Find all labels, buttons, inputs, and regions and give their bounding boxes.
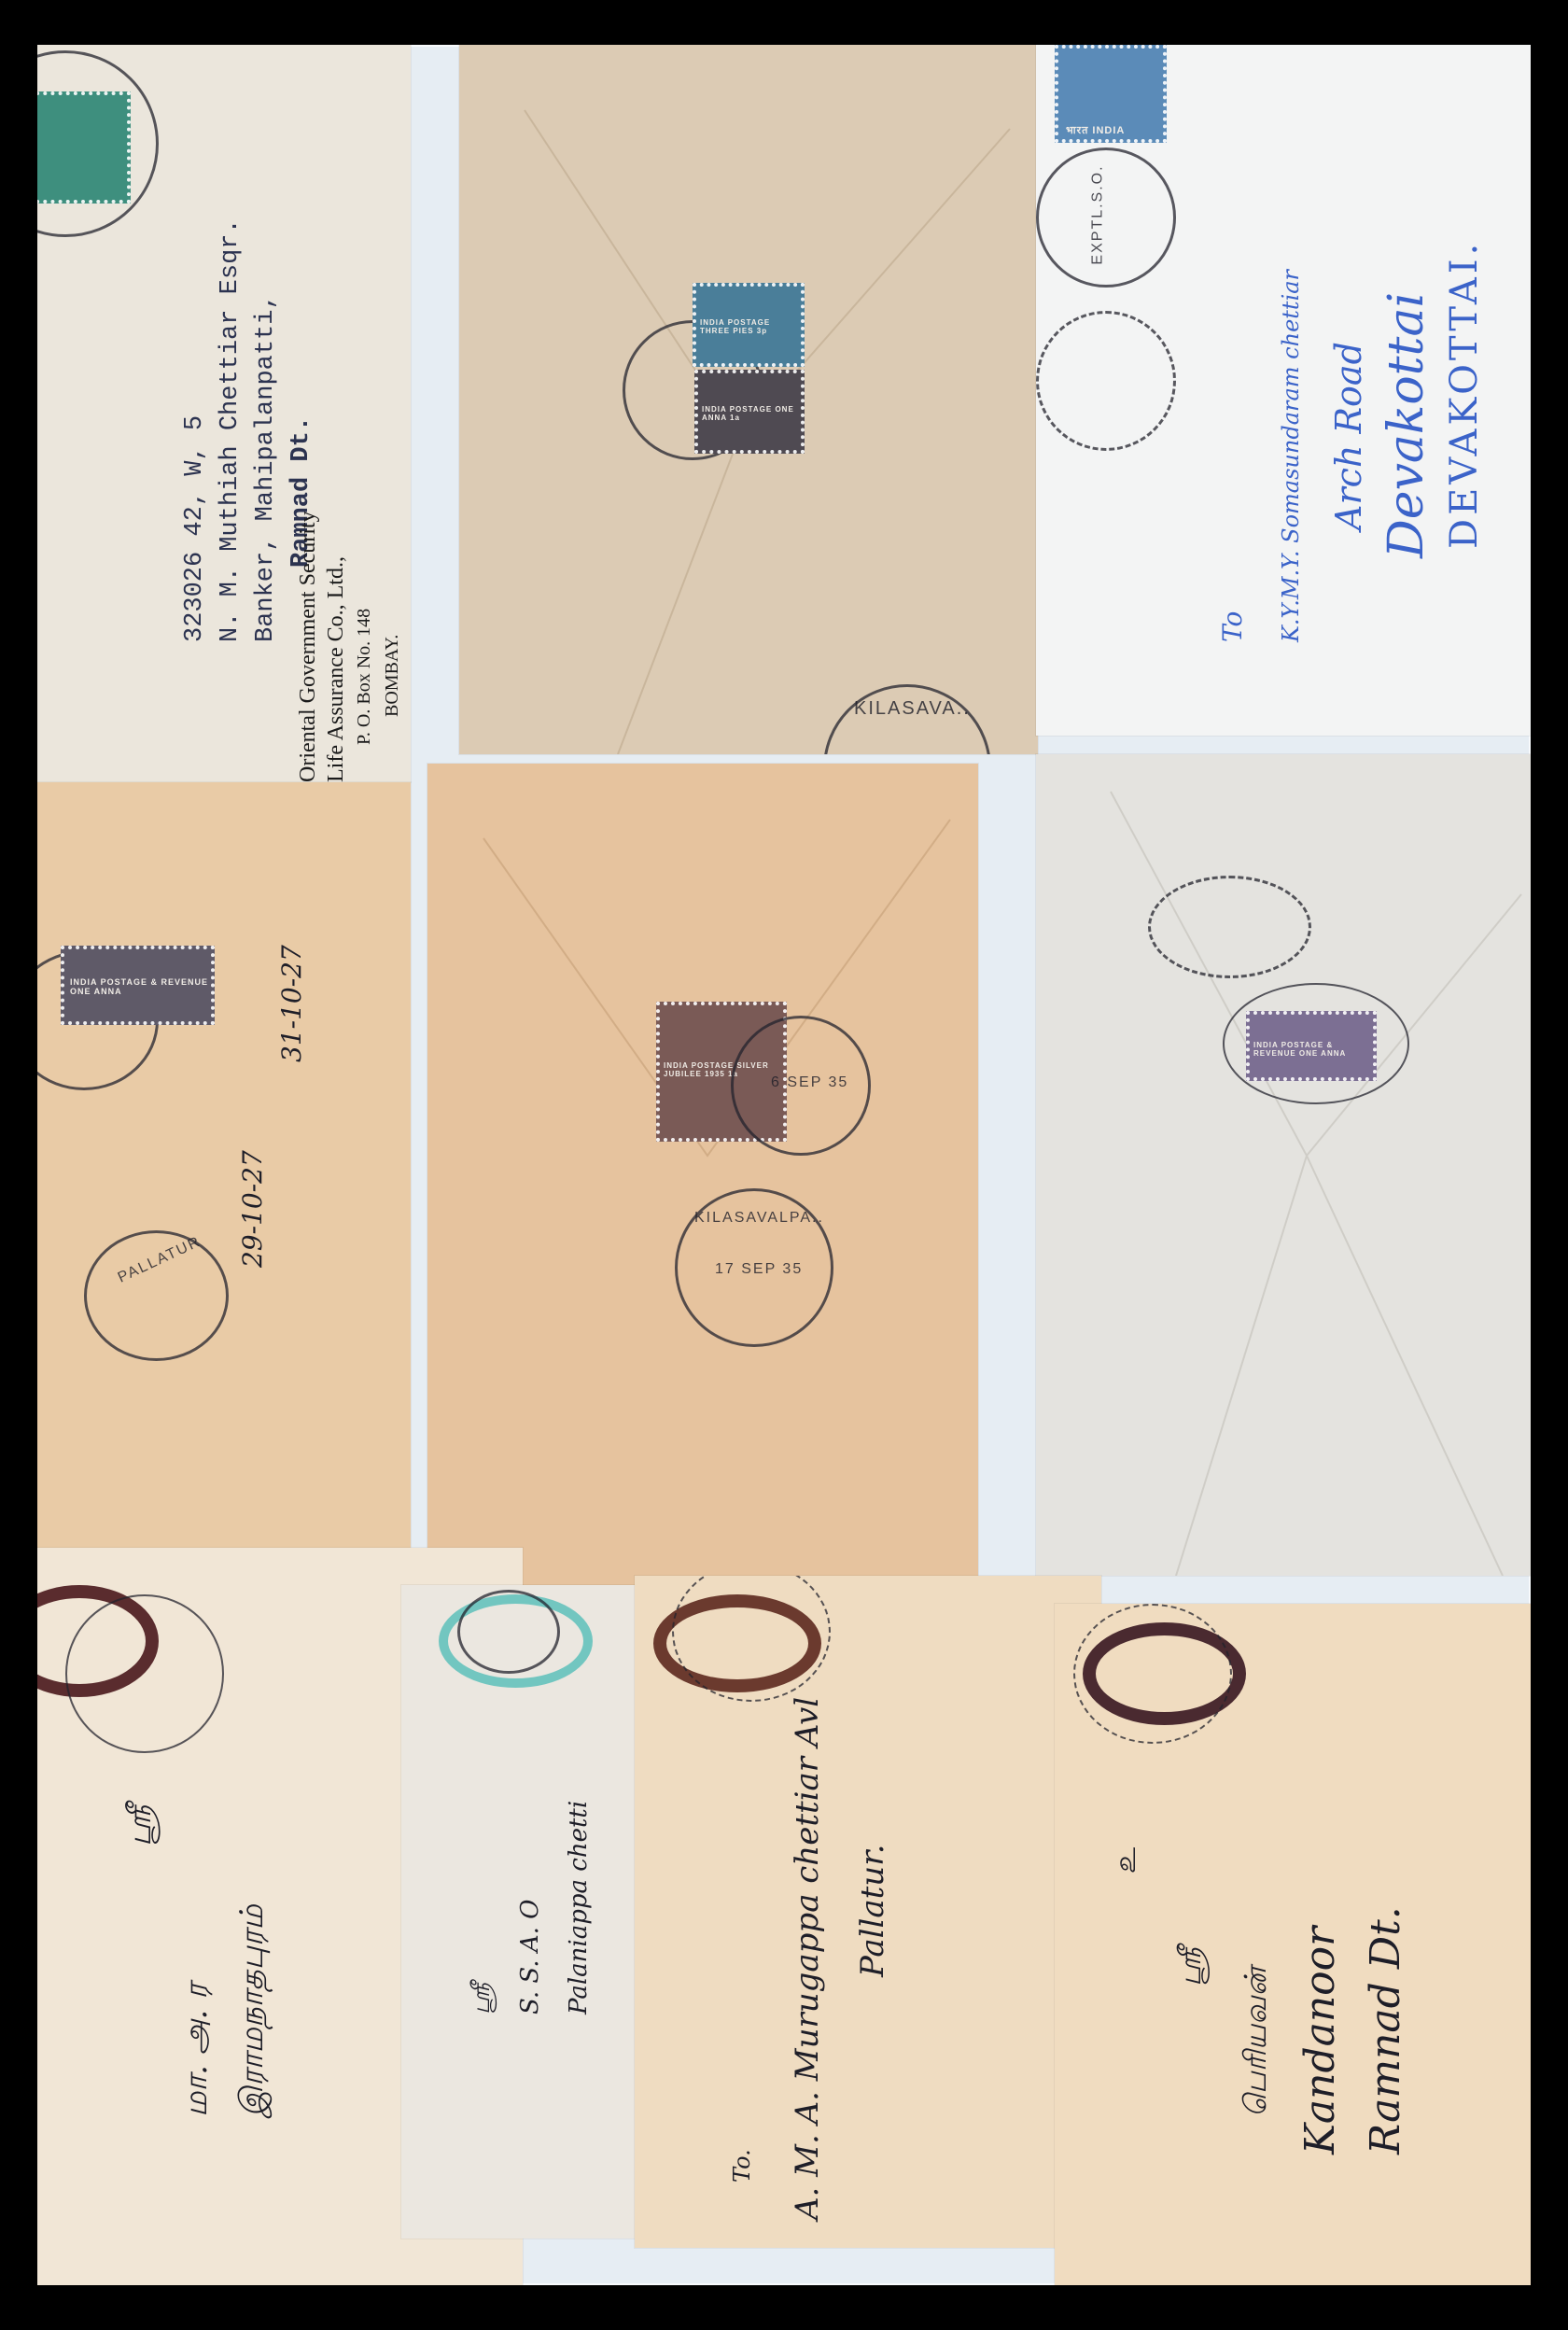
postmark-kilasava: KILASAVA.. (823, 684, 991, 754)
postmark-pallatur (65, 1594, 224, 1753)
postmark-faded (1148, 876, 1311, 978)
stamp-india-blue: भारत INDIA (1055, 45, 1167, 143)
postmark-exptl: EXPTL.S.O. (1036, 147, 1176, 288)
handwritten-kandanoor: உ ஸ்ரீ பெரியவன் Kandanoor Ramnad Dt. (1092, 1847, 1419, 2211)
photo-scene: 323026 42, W, 5 N. M. Muthiah Chettiar E… (37, 45, 1531, 2285)
postmark-bombay: 6 SEP 35 (731, 1016, 871, 1156)
handwritten-murugappa: To. A. M. A. Murugappa chettiar Avl Pall… (709, 1697, 905, 2220)
cover-devakottai: भारत INDIA EXPTL.S.O. To K.Y.M.Y. Somasu… (1036, 45, 1531, 736)
handwritten-tamil: ஸ்ரீ மா. அ. ர இராமநாதபுரம் (112, 1805, 280, 2201)
cover-murugappa: To. A. M. A. Murugappa chettiar Avl Pall… (635, 1576, 1101, 2248)
postmark-devakottai (1036, 311, 1176, 451)
handwritten-address: To K.Y.M.Y. Somasundaram chettiar Arch R… (1204, 240, 1493, 642)
stamp-three-pies: INDIA POSTAGE THREE PIES 3p (693, 283, 805, 367)
stamp-one-anna-violet: INDIA POSTAGE & REVENUE ONE ANNA (1246, 1011, 1377, 1081)
stamp-one-anna-grey: INDIA POSTAGE & REVENUE ONE ANNA (61, 946, 215, 1025)
stamp-one-anna: INDIA POSTAGE ONE ANNA 1a (694, 370, 805, 454)
handwritten-dates: 29-10-27 31-10-27 (233, 945, 312, 1380)
cover-grey: INDIA POSTAGE & REVENUE ONE ANNA (1036, 754, 1531, 1576)
envelope-flap-lines (1036, 754, 1531, 1576)
cover-silver-jubilee: INDIA POSTAGE SILVER JUBILEE 1935 1a 6 S… (427, 764, 978, 1585)
stamp-green (37, 91, 131, 204)
postmark-kilasavalpa: KILASAVALPA.. 17 SEP 35 (675, 1188, 833, 1347)
postmark-faded (1073, 1604, 1232, 1744)
cover-kandanoor: உ ஸ்ரீ பெரியவன் Kandanoor Ramnad Dt. (1055, 1604, 1531, 2285)
cover-pallatur-1927: INDIA POSTAGE & REVENUE ONE ANNA PALLATU… (37, 782, 411, 1576)
postmark-pallatur: PALLATUR (84, 1230, 229, 1361)
cover-kilasaval-1: INDIA POSTAGE THREE PIES 3p INDIA POSTAG… (459, 45, 1038, 754)
printed-sender: Oriental Government Security Life Assura… (294, 511, 406, 782)
handwritten-palaniappa: ஸ்ரீ S. S. A. O Palaniappa chetti (457, 1801, 603, 2014)
envelope-flap-lines (427, 764, 978, 1585)
postmark-kodangudi (457, 1590, 560, 1674)
cover-oriental-life: 323026 42, W, 5 N. M. Muthiah Chettiar E… (37, 45, 411, 782)
cover-palaniappa: ஸ்ரீ S. S. A. O Palaniappa chetti (401, 1585, 635, 2239)
